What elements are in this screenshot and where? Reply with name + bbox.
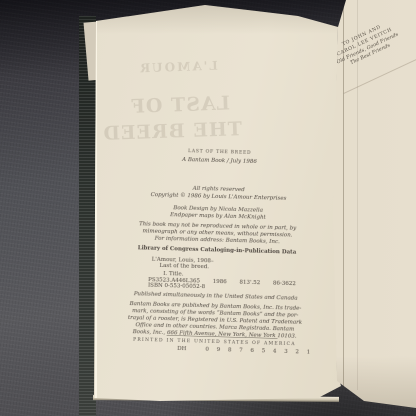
printer-code: DH [177, 345, 186, 352]
book-photo: L'AMOUR LAST OF THE BREED LAST OF THE BR… [0, 0, 416, 416]
copyright-text-block: LAST OF THE BREED A Bantam Book / July 1… [91, 139, 343, 361]
loc-heading: Library of Congress Cataloging-in-Public… [94, 244, 340, 257]
showthrough-title-line1: LAST OF [140, 92, 231, 117]
